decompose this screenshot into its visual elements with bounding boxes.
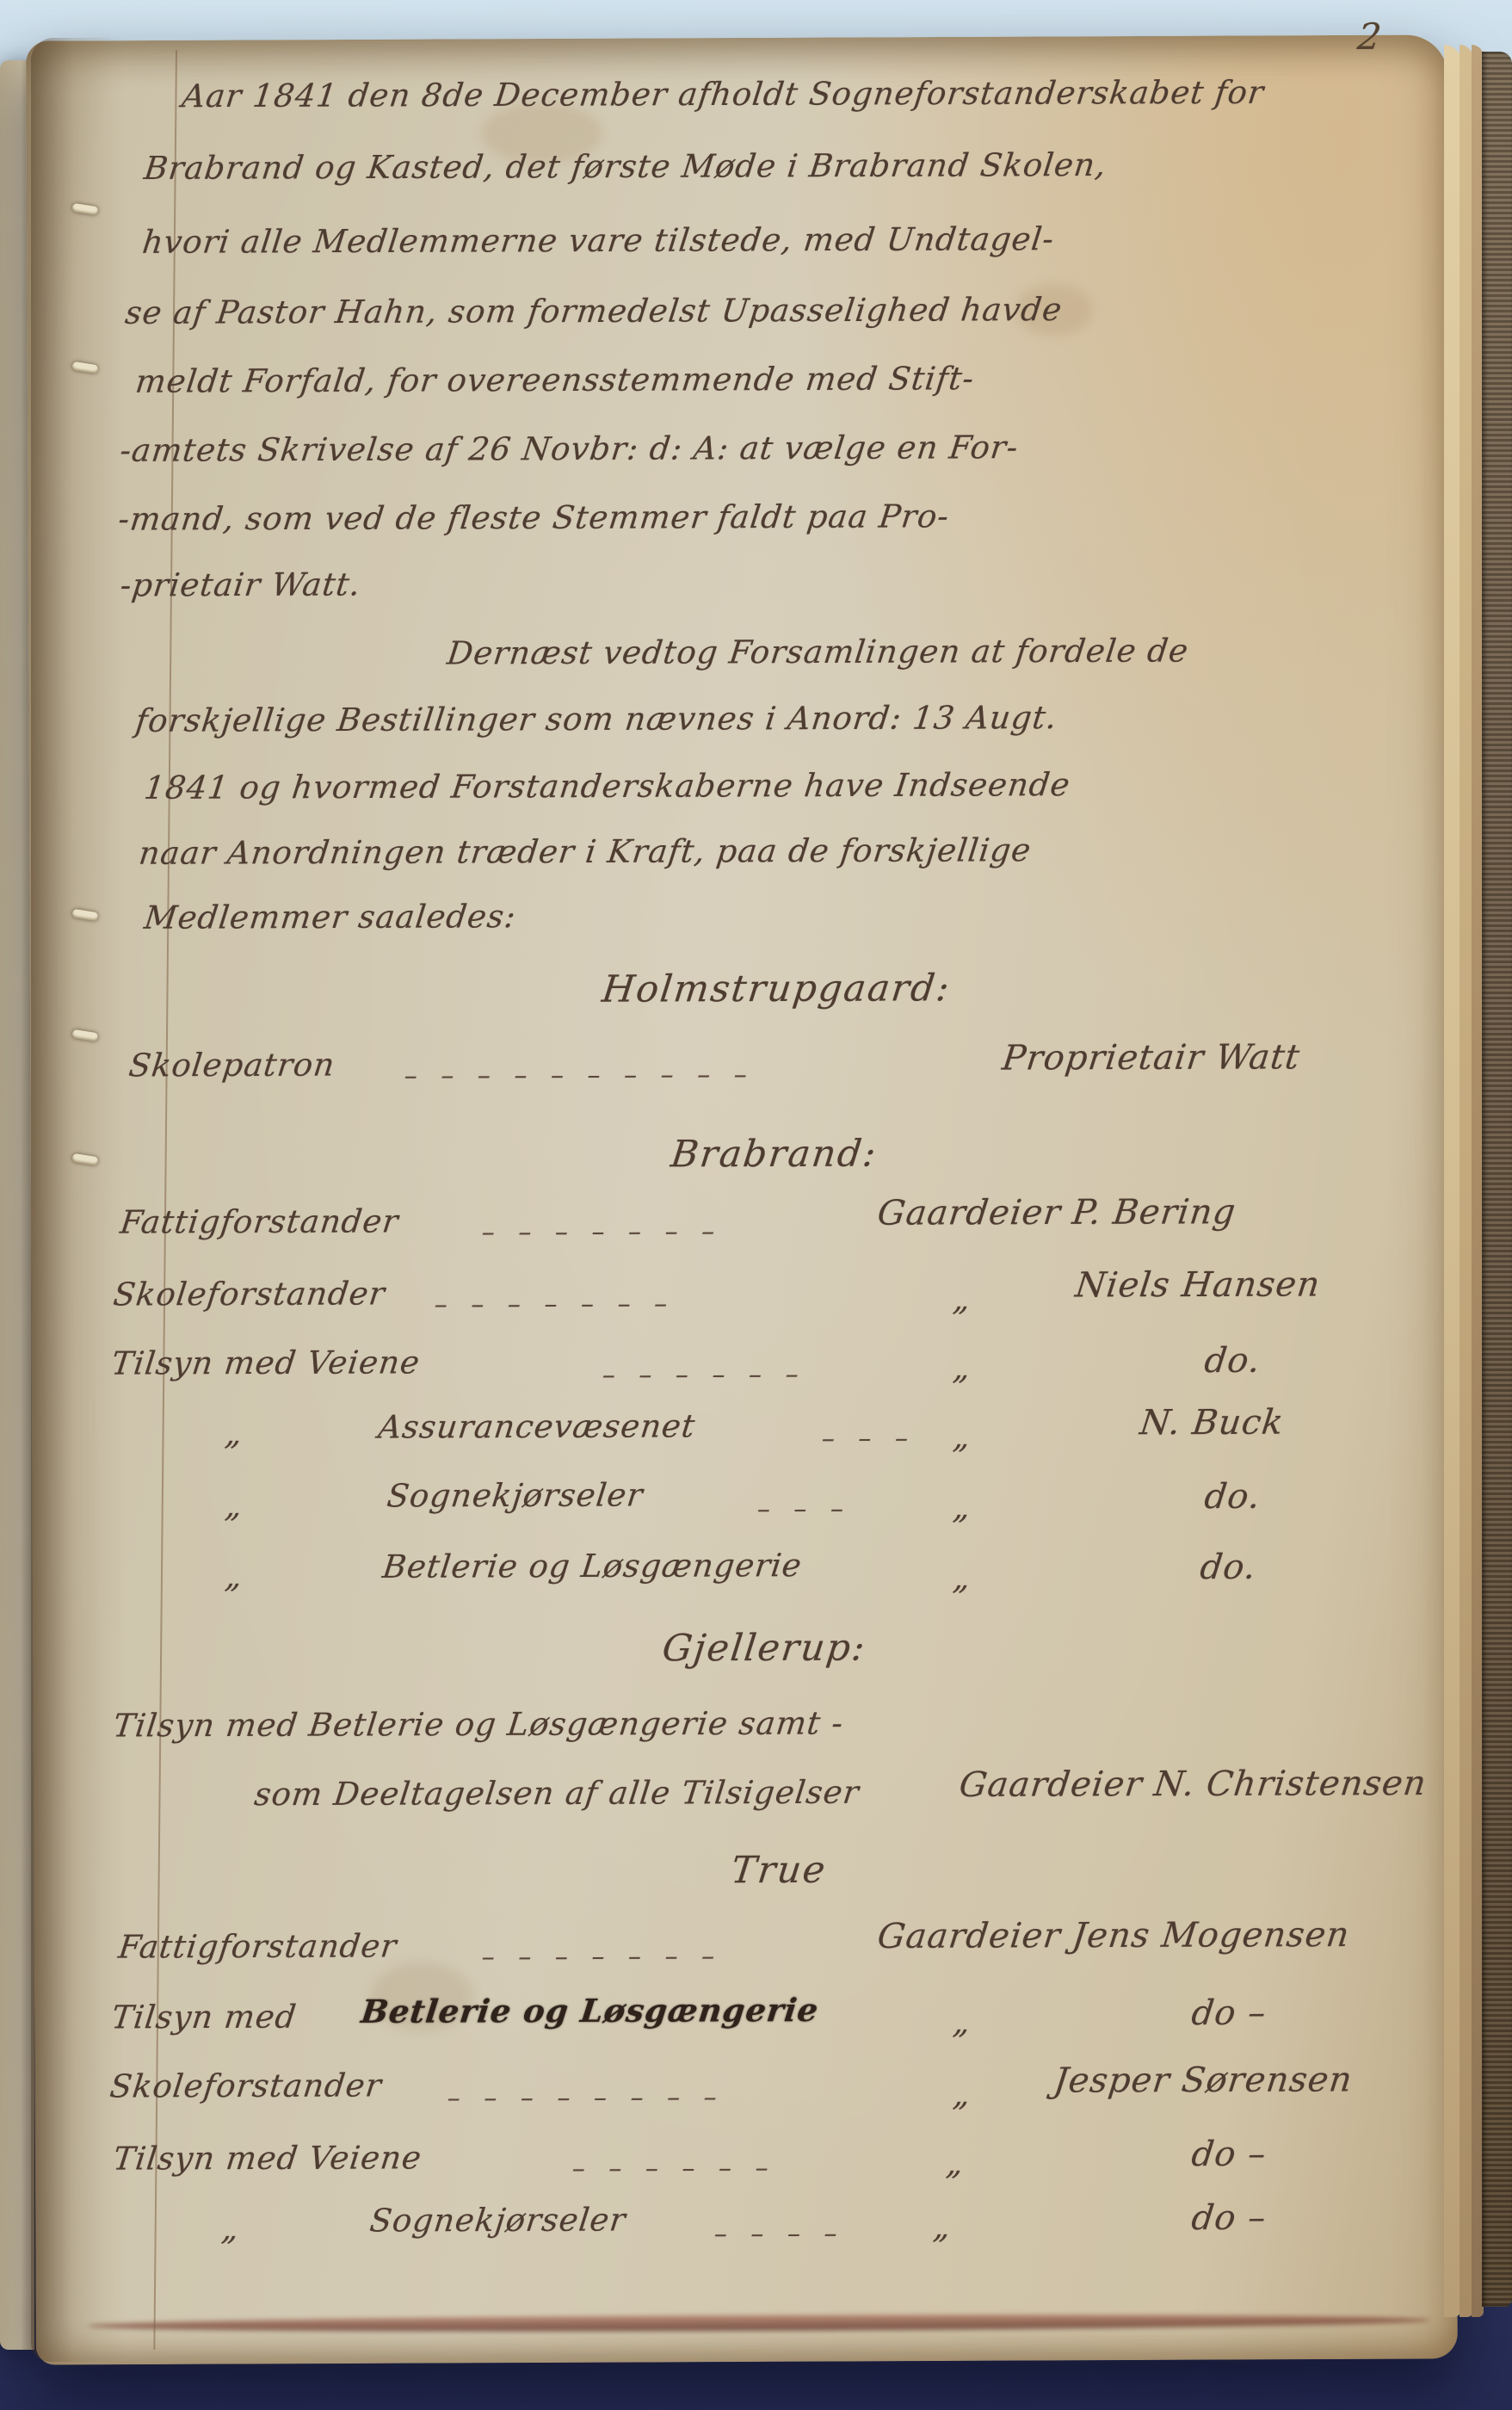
handwritten-line: Sognekjørseler xyxy=(385,1476,645,1514)
handwritten-line: forskjellige Bestillinger som nævnes i A… xyxy=(133,699,1059,739)
handwritten-line: Gaardeier P. Bering xyxy=(875,1192,1238,1233)
book-fore-edge xyxy=(1482,52,1512,2307)
handwritten-line: do – xyxy=(1189,2135,1268,2174)
handwritten-line: som Deeltagelsen af alle Tilsigelser xyxy=(252,1774,861,1813)
handwritten-line: Skoleforstander xyxy=(111,1275,387,1313)
handwritten-line: 1841 og hvormed Forstanderskaberne have … xyxy=(142,766,1072,806)
handwritten-line: Sognekjørseler xyxy=(367,2201,627,2239)
handwritten-line: Gaardeier N. Christensen xyxy=(957,1764,1429,1805)
handwritten-line: Assurancevæsenet xyxy=(376,1407,697,1445)
handwritten-line: Niels Hansen xyxy=(1073,1265,1323,1306)
handwritten-line: – – – – – – – – – – xyxy=(403,1060,756,1091)
handwritten-line: naar Anordningen træder i Kraft, paa de … xyxy=(137,831,1034,872)
handwritten-line: do. xyxy=(1202,1477,1262,1517)
section-heading: Gjellerup: xyxy=(660,1627,868,1671)
handwritten-line: do. xyxy=(1198,1548,1258,1587)
page-edge-sheet xyxy=(1444,45,1461,2317)
handwritten-line: Tilsyn med Betlerie og Løsgængerie samt … xyxy=(111,1705,845,1745)
handwritten-line: Brabrand og Kasted, det første Møde i Br… xyxy=(142,146,1108,187)
handwritten-line: se af Pastor Hahn, som formedelst Upasse… xyxy=(123,291,1065,331)
handwritten-line: – – – – – – – – xyxy=(446,2082,726,2113)
handwritten-line: Fattigforstander xyxy=(118,1202,400,1240)
page-number: 2 xyxy=(1355,15,1385,58)
handwritten-line: – – – – – – – xyxy=(433,1289,677,1320)
handwritten-line: do. xyxy=(1202,1341,1262,1381)
handwritten-line: Tilsyn med Veiene xyxy=(111,2139,423,2177)
handwritten-line: – – – – xyxy=(713,2219,847,2250)
handwritten-line: Tilsyn med Veiene xyxy=(109,1344,422,1381)
section-heading: True xyxy=(729,1849,829,1892)
handwritten-line: Medlemmer saaledes: xyxy=(142,898,518,936)
handwritten-line: Tilsyn med xyxy=(109,1999,299,2036)
handwritten-line: – – – – – – – xyxy=(480,1217,725,1248)
handwritten-line: Fattigforstander xyxy=(116,1927,398,1965)
handwritten-line: – – – – – – xyxy=(571,2154,778,2184)
page-bottom-shadow xyxy=(88,2313,1430,2334)
handwritten-line: hvori alle Medlemmerne vare tilstede, me… xyxy=(140,220,1056,261)
section-heading: Brabrand: xyxy=(669,1133,879,1177)
handwritten-line: -amtets Skrivelse af 26 Novbr: d: A: at … xyxy=(118,429,1021,469)
handwritten-line: -mand, som ved de fleste Stemmer faldt p… xyxy=(116,497,951,537)
handwritten-line: -prietair Watt. xyxy=(118,566,362,604)
handwritten-line: do – xyxy=(1189,2198,1268,2238)
handwritten-line: – – – – – – – xyxy=(480,1942,725,1973)
handwritten-line: Proprietair Watt xyxy=(1000,1037,1302,1078)
handwritten-line: Skolepatron xyxy=(127,1047,336,1084)
handwritten-line: Dernæst vedtog Forsamlingen at fordele d… xyxy=(445,632,1190,671)
handwritten-line: Gaardeier Jens Mogensen xyxy=(875,1915,1352,1956)
handwritten-line: Jesper Sørensen xyxy=(1052,2060,1355,2100)
handwritten-line: Betlerie og Løsgængerie xyxy=(359,1991,821,2030)
handwritten-line: meldt Forfald, for overeensstemmende med… xyxy=(133,360,976,399)
handwritten-line: do – xyxy=(1189,1993,1268,2033)
handwritten-line: Betlerie og Løsgængerie xyxy=(380,1547,804,1585)
photo-of-protocol-page: 2 Aar 1841 den 8de December afholdt Sogn… xyxy=(0,0,1512,2410)
handwritten-line: Aar 1841 den 8de December afholdt Sognef… xyxy=(180,74,1266,114)
handwritten-line: N. Buck xyxy=(1138,1403,1286,1443)
section-heading: Holmstrupgaard: xyxy=(600,967,953,1010)
handwritten-line: – – – xyxy=(820,1424,917,1454)
handwritten-line: – – – – – – xyxy=(601,1360,808,1391)
handwritten-line: – – – xyxy=(756,1494,853,1524)
handwritten-line: Skoleforstander xyxy=(108,2067,384,2104)
